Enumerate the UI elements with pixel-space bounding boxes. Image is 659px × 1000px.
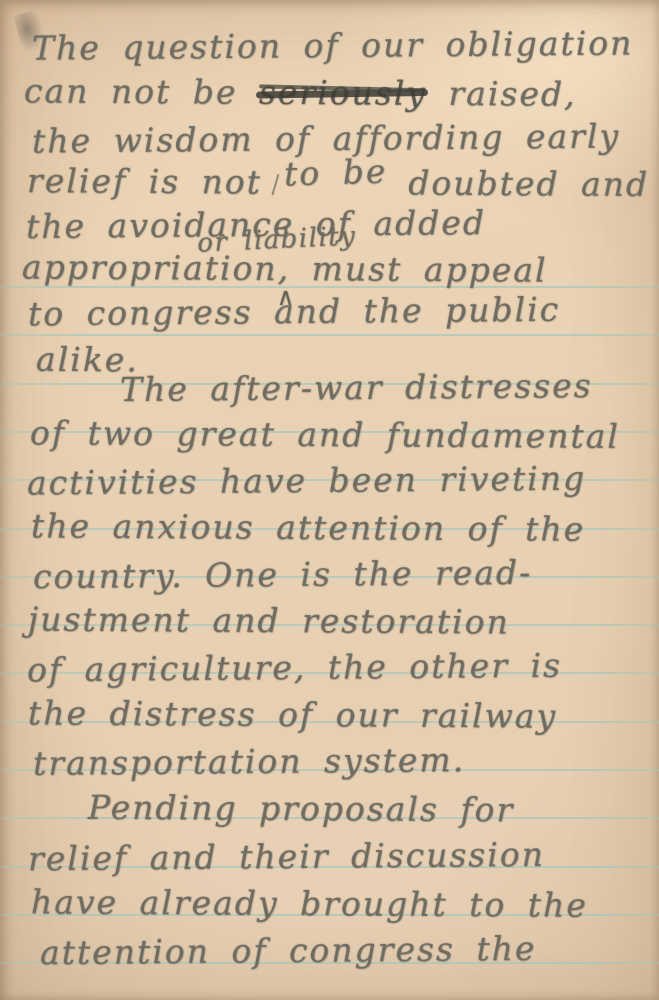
manuscript-page: The question of our obligation can not b…: [0, 0, 659, 1000]
manuscript-line: transportation system.: [33, 740, 465, 783]
manuscript-line: activities have been riveting: [27, 459, 586, 503]
manuscript-line: can not be seriously raised,: [24, 71, 577, 113]
manuscript-line: of agriculture, the other is: [27, 646, 562, 690]
line-text: doubted and: [387, 163, 650, 204]
manuscript-line: relief and their discussion: [28, 835, 545, 879]
manuscript-line: The question of our obligation: [32, 23, 634, 67]
manuscript-line: appropriation,or liability∧ must appeal: [22, 247, 548, 289]
raised-insertion: to be: [283, 152, 387, 194]
manuscript-line: Pending proposals for: [88, 788, 514, 830]
manuscript-line: the distress of our railway: [28, 693, 557, 735]
line-text: must appeal: [290, 249, 548, 290]
manuscript-line: relief is not to be doubted and: [27, 161, 649, 204]
manuscript-line: The after-war distresses: [120, 366, 593, 409]
manuscript-line: to congress and the public: [28, 290, 561, 334]
manuscript-line: country. One is the read-: [33, 553, 533, 596]
struck-out-word: seriously: [259, 73, 427, 113]
manuscript-line: attention of congress the: [40, 929, 537, 972]
manuscript-line: justment and restoration: [28, 600, 510, 642]
manuscript-line: have already brought to the: [31, 882, 588, 924]
line-text: relief is not: [27, 161, 284, 202]
rule-line: [0, 334, 659, 336]
manuscript-line: the anxious attention of the: [31, 506, 585, 548]
line-text: can not be: [24, 71, 259, 111]
line-text: raised,: [427, 74, 577, 114]
manuscript-line: of two great and fundamental: [30, 413, 620, 456]
